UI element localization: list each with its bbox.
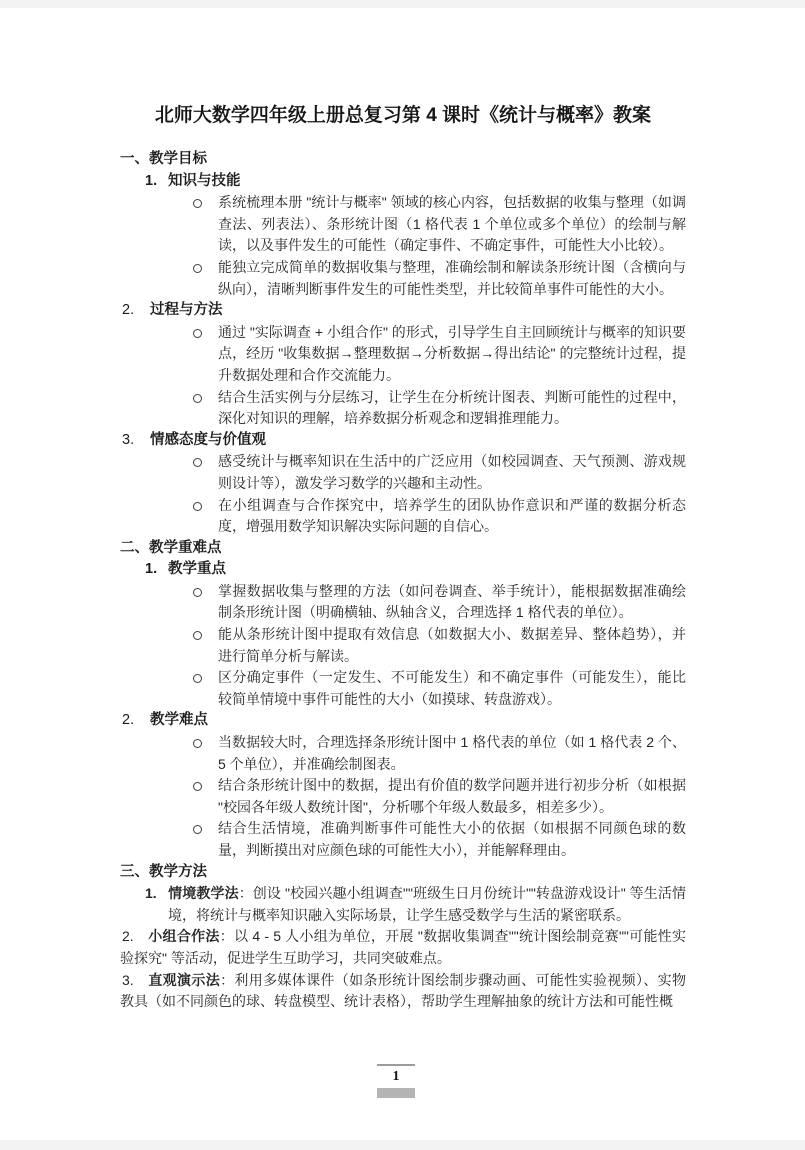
item-label: 知识与技能 — [168, 173, 241, 189]
item-label: 情境教学法 — [168, 885, 239, 901]
bullet-item: 结合生活情境，准确判断事件可能性大小的依据（如根据不同颜色球的数量，判断摸出对应… — [120, 818, 686, 861]
method-paragraph: 1.情境教学法：创设 "校园兴趣小组调查""班级生日月份统计""转盘游戏设计" … — [120, 883, 686, 926]
page-number: 1 — [377, 1068, 415, 1086]
item-number: 3. — [120, 970, 148, 992]
bullet-item: 结合条形统计图中的数据，提出有价值的数学问题并进行初步分析（如根据 "校园各年级… — [120, 775, 686, 818]
bullet-text: 能从条形统计图中提取有效信息（如数据大小、数据差异、整体趋势），并进行简单分析与… — [218, 624, 686, 667]
bullet-text: 系统梳理本册 "统计与概率" 领域的核心内容，包括数据的收集与整理（如调查法、列… — [218, 192, 686, 257]
bullet-item: 能从条形统计图中提取有效信息（如数据大小、数据差异、整体趋势），并进行简单分析与… — [120, 624, 686, 667]
circle-bullet-icon — [193, 674, 202, 683]
bullet-text: 感受统计与概率知识在生活中的广泛应用（如校园调查、天气预测、游戏规则设计等），激… — [218, 451, 686, 494]
item-heading: 2.教学难点 — [120, 710, 686, 732]
circle-bullet-icon — [193, 264, 202, 273]
circle-bullet-icon — [193, 329, 202, 338]
section-heading: 三、教学方法 — [120, 862, 686, 884]
bullet-item: 感受统计与概率知识在生活中的广泛应用（如校园调查、天气预测、游戏规则设计等），激… — [120, 451, 686, 494]
bullet-item: 系统梳理本册 "统计与概率" 领域的核心内容，包括数据的收集与整理（如调查法、列… — [120, 192, 686, 257]
item-number: 1. — [145, 171, 168, 193]
footer-divider — [377, 1064, 415, 1066]
document-page: 北师大数学四年级上册总复习第 4 课时《统计与概率》教案 一、教学目标1.知识与… — [0, 8, 805, 1140]
bullet-item: 通过 "实际调查 + 小组合作" 的形式，引导学生自主回顾统计与概率的知识要点，… — [120, 322, 686, 387]
item-label: 教学重点 — [168, 561, 226, 577]
item-label: 过程与方法 — [150, 302, 223, 318]
item-number: 2. — [122, 300, 150, 322]
bullet-item: 能独立完成简单的数据收集与整理，准确绘制和解读条形统计图（含横向与纵向），清晰判… — [120, 257, 686, 300]
bullet-item: 区分确定事件（一定发生、不可能发生）和不确定事件（可能发生），能比较简单情境中事… — [120, 667, 686, 710]
circle-bullet-icon — [193, 502, 202, 511]
bullet-text: 通过 "实际调查 + 小组合作" 的形式，引导学生自主回顾统计与概率的知识要点，… — [218, 322, 686, 387]
document-body: 一、教学目标1.知识与技能系统梳理本册 "统计与概率" 领域的核心内容，包括数据… — [120, 149, 686, 1013]
item-number: 2. — [122, 710, 150, 732]
circle-bullet-icon — [193, 199, 202, 208]
item-heading: 1.教学重点 — [120, 559, 686, 581]
circle-bullet-icon — [193, 739, 202, 748]
method-paragraph: 2.小组合作法：以 4 - 5 人小组为单位，开展 "数据收集调查""统计图绘制… — [120, 926, 686, 969]
item-label: 教学难点 — [150, 712, 208, 728]
item-number: 2. — [120, 926, 148, 948]
bullet-item: 当数据较大时，合理选择条形统计图中 1 格代表的单位（如 1 格代表 2 个、5… — [120, 732, 686, 775]
item-number: 1. — [145, 559, 168, 581]
bullet-text: 当数据较大时，合理选择条形统计图中 1 格代表的单位（如 1 格代表 2 个、5… — [218, 732, 686, 775]
app-background: { "title": "北师大数学四年级上册总复习第 4 课时《统计与概率》教案… — [0, 0, 805, 1150]
item-heading: 3.情感态度与价值观 — [120, 430, 686, 452]
method-paragraph: 3.直观演示法：利用多媒体课件（如条形统计图绘制步骤动画、可能性实验视频）、实物… — [120, 970, 686, 1013]
item-number: 1. — [145, 883, 168, 905]
circle-bullet-icon — [193, 782, 202, 791]
section-heading: 一、教学目标 — [120, 149, 686, 171]
bullet-text: 结合生活实例与分层练习，让学生在分析统计图表、判断可能性的过程中，深化对知识的理… — [218, 387, 686, 430]
circle-bullet-icon — [193, 394, 202, 403]
item-heading: 1.知识与技能 — [120, 171, 686, 193]
document-content: 北师大数学四年级上册总复习第 4 课时《统计与概率》教案 一、教学目标1.知识与… — [120, 8, 686, 1013]
bullet-text: 能独立完成简单的数据收集与整理，准确绘制和解读条形统计图（含横向与纵向），清晰判… — [218, 257, 686, 300]
circle-bullet-icon — [193, 825, 202, 834]
bullet-text: 掌握数据收集与整理的方法（如问卷调查、举手统计），能根据数据准确绘制条形统计图（… — [218, 581, 686, 624]
paragraph-text: ：创设 "校园兴趣小组调查""班级生日月份统计""转盘游戏设计" 等生活情境，将… — [168, 885, 686, 923]
item-heading: 2.过程与方法 — [120, 300, 686, 322]
bullet-text: 结合生活情境，准确判断事件可能性大小的依据（如根据不同颜色球的数量，判断摸出对应… — [218, 818, 686, 861]
bullet-item: 掌握数据收集与整理的方法（如问卷调查、举手统计），能根据数据准确绘制条形统计图（… — [120, 581, 686, 624]
section-heading: 二、教学重难点 — [120, 538, 686, 560]
item-label: 情感态度与价值观 — [150, 432, 266, 448]
item-number: 3. — [122, 430, 150, 452]
footer-scroll-indicator — [377, 1088, 415, 1098]
bullet-text: 结合条形统计图中的数据，提出有价值的数学问题并进行初步分析（如根据 "校园各年级… — [218, 775, 686, 818]
circle-bullet-icon — [193, 588, 202, 597]
document-title: 北师大数学四年级上册总复习第 4 课时《统计与概率》教案 — [120, 103, 686, 129]
bullet-item: 结合生活实例与分层练习，让学生在分析统计图表、判断可能性的过程中，深化对知识的理… — [120, 387, 686, 430]
bullet-text: 在小组调查与合作探究中，培养学生的团队协作意识和严谨的数据分析态度，增强用数学知… — [218, 495, 686, 538]
bullet-item: 在小组调查与合作探究中，培养学生的团队协作意识和严谨的数据分析态度，增强用数学知… — [120, 495, 686, 538]
circle-bullet-icon — [193, 631, 202, 640]
circle-bullet-icon — [193, 458, 202, 467]
item-label: 直观演示法 — [148, 972, 220, 988]
bullet-text: 区分确定事件（一定发生、不可能发生）和不确定事件（可能发生），能比较简单情境中事… — [218, 667, 686, 710]
item-label: 小组合作法 — [148, 928, 220, 944]
